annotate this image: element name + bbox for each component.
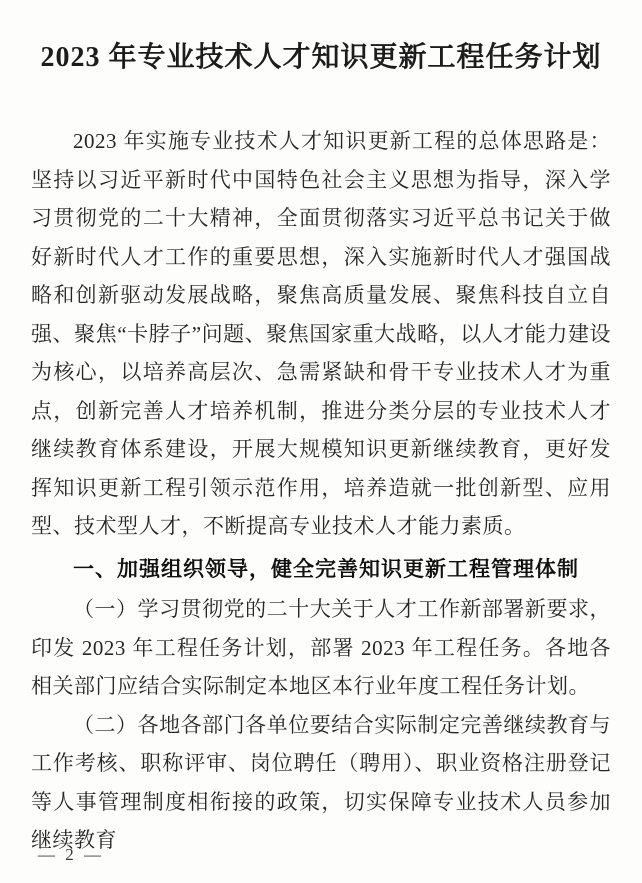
document-page: 2023 年专业技术人才知识更新工程任务计划 2023 年实施专业技术人才知识更… — [0, 0, 642, 883]
body-paragraph: 2023 年实施专业技术人才知识更新工程的总体思路是：坚持以习近平新时代中国特色… — [31, 122, 611, 546]
document-body: 2023 年实施专业技术人才知识更新工程的总体思路是：坚持以习近平新时代中国特色… — [31, 122, 611, 860]
body-paragraph: （二）各地各部门各单位要结合实际制定完善继续教育与工作考核、职称评审、岗位聘任（… — [31, 706, 611, 860]
body-paragraph: （一）学习贯彻党的二十大关于人才工作新部署新要求，印发 2023 年工程任务计划… — [31, 590, 611, 706]
page-number: — 2 — — [38, 845, 104, 865]
page-title: 2023 年专业技术人才知识更新工程任务计划 — [0, 0, 642, 76]
section-heading: 一、加强组织领导，健全完善知识更新工程管理体制 — [31, 550, 611, 589]
